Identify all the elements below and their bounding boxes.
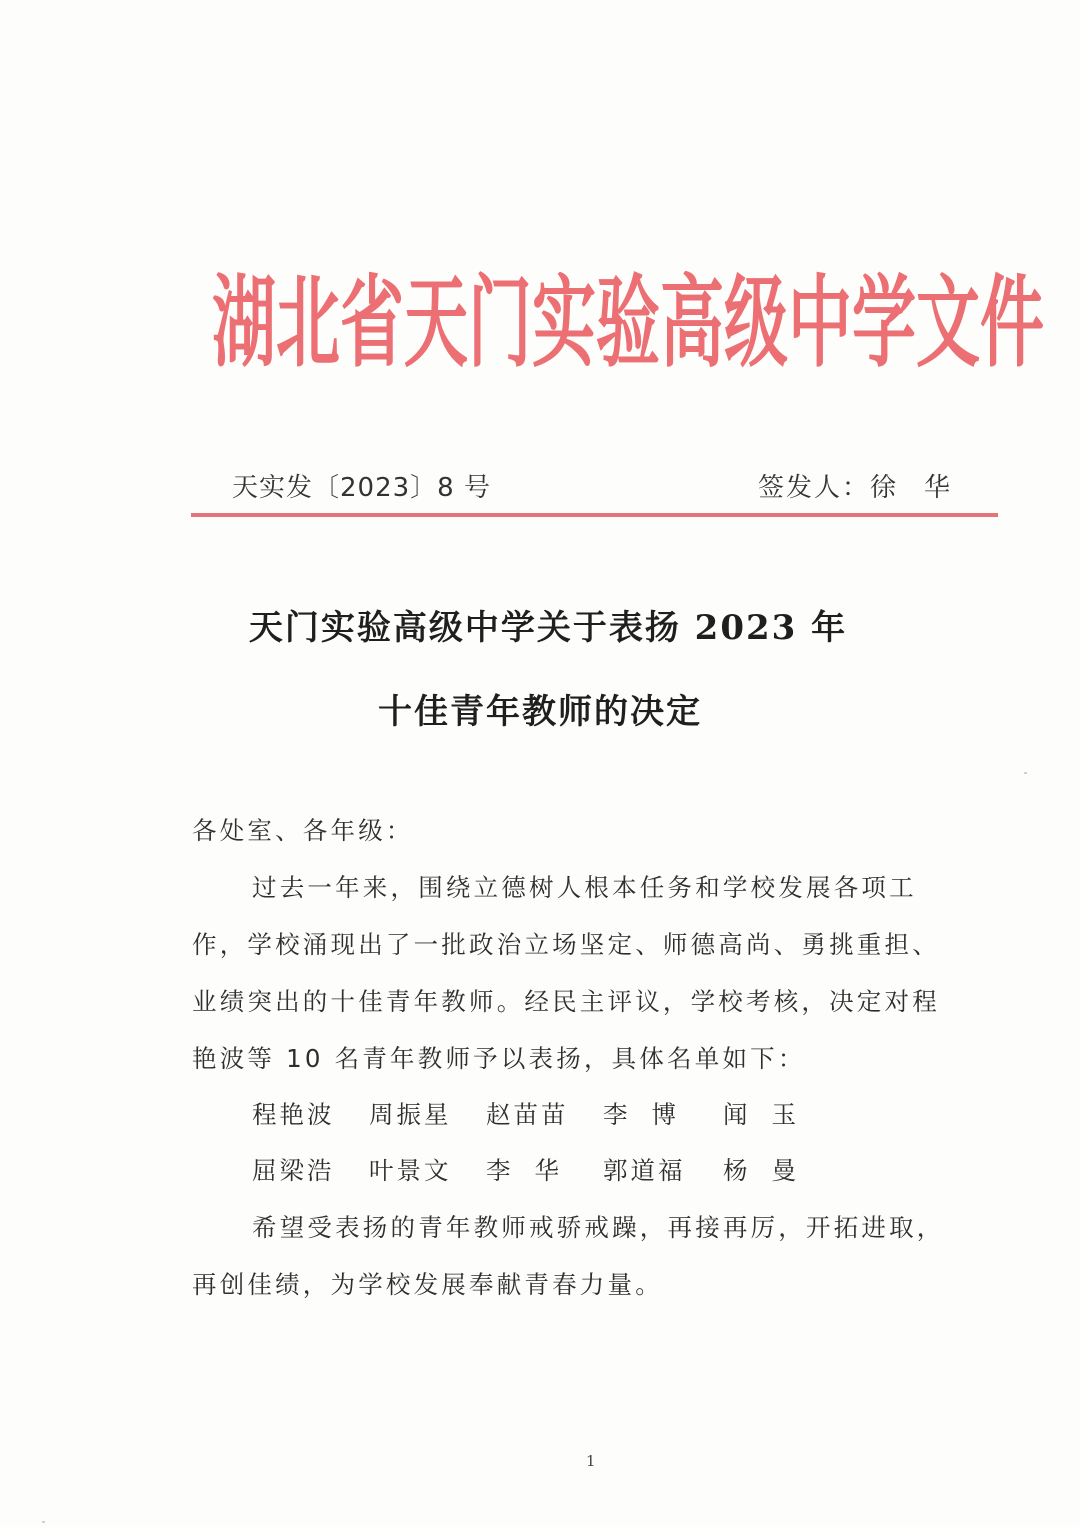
document-title-line-1: 天门实验高级中学关于表扬 2023 年: [8, 600, 1080, 649]
honoree-name: 郭道福: [603, 1152, 723, 1187]
scan-speck: [42, 1521, 45, 1523]
signer-label: 签发人：: [758, 473, 870, 503]
header-char: 验: [596, 244, 660, 387]
paragraph-line: 作，学校涌现出了一批政治立场坚定、师德高尚、勇挑重担、: [192, 926, 982, 961]
header-char: 门: [468, 244, 532, 387]
header-char: 学: [852, 244, 916, 387]
signer-name-part: 徐: [870, 473, 898, 503]
paragraph-line: 艳波等 10 名青年教师予以表扬，具体名单如下：: [192, 1040, 982, 1075]
header-char: 天: [404, 244, 468, 387]
paragraph-line: 再创佳绩，为学校发展奉献青春力量。: [192, 1266, 982, 1301]
header-char: 北: [276, 244, 340, 387]
header-char: 实: [532, 244, 596, 387]
honoree-name: 李博: [603, 1096, 723, 1131]
honoree-name: 叶景文: [369, 1152, 486, 1187]
signer-name-part: 华: [924, 473, 952, 503]
salutation: 各处室、各年级：: [192, 812, 982, 847]
honoree-name: 赵苗苗: [486, 1096, 603, 1131]
page-number: 1: [586, 1452, 596, 1470]
header-char: 件: [980, 244, 1044, 387]
document-meta-line: 天实发〔2023〕8 号 签发人：徐华: [232, 465, 952, 505]
document-title-line-2: 十佳青年教师的决定: [0, 684, 1080, 733]
header-char: 中: [788, 244, 852, 387]
header-char: 湖: [212, 244, 276, 387]
paragraph-line: 过去一年来，围绕立德树人根本任务和学校发展各项工: [252, 869, 1042, 904]
header-char: 高: [660, 244, 724, 387]
honoree-names-row-2: 屈梁浩 叶景文 李华 郭道福 杨曼: [252, 1152, 813, 1187]
paragraph-line: 业绩突出的十佳青年教师。经民主评议，学校考核，决定对程: [192, 983, 982, 1018]
header-char: 级: [724, 244, 788, 387]
red-divider-line: [191, 513, 998, 517]
issuer-red-header: 湖 北 省 天 门 实 验 高 级 中 学 文 件: [212, 214, 992, 416]
header-char: 省: [340, 244, 404, 387]
scan-speck: [1024, 772, 1027, 774]
paragraph-line: 希望受表扬的青年教师戒骄戒躁，再接再厉，开拓进取，: [252, 1209, 1042, 1244]
honoree-name: 程艳波: [252, 1096, 369, 1131]
honoree-name: 李华: [486, 1152, 603, 1187]
honoree-names-row-1: 程艳波 周振星 赵苗苗 李博 闻玉: [252, 1096, 813, 1131]
honoree-name: 周振星: [369, 1096, 486, 1131]
signer: 签发人：徐华: [758, 467, 952, 504]
document-page: 湖 北 省 天 门 实 验 高 级 中 学 文 件 天实发〔2023〕8 号 签…: [0, 0, 1080, 1527]
document-number: 天实发〔2023〕8 号: [232, 467, 491, 504]
honoree-name: 屈梁浩: [252, 1152, 369, 1187]
honoree-name: 闻玉: [723, 1096, 813, 1131]
honoree-name: 杨曼: [723, 1152, 813, 1187]
header-char: 文: [916, 244, 980, 387]
